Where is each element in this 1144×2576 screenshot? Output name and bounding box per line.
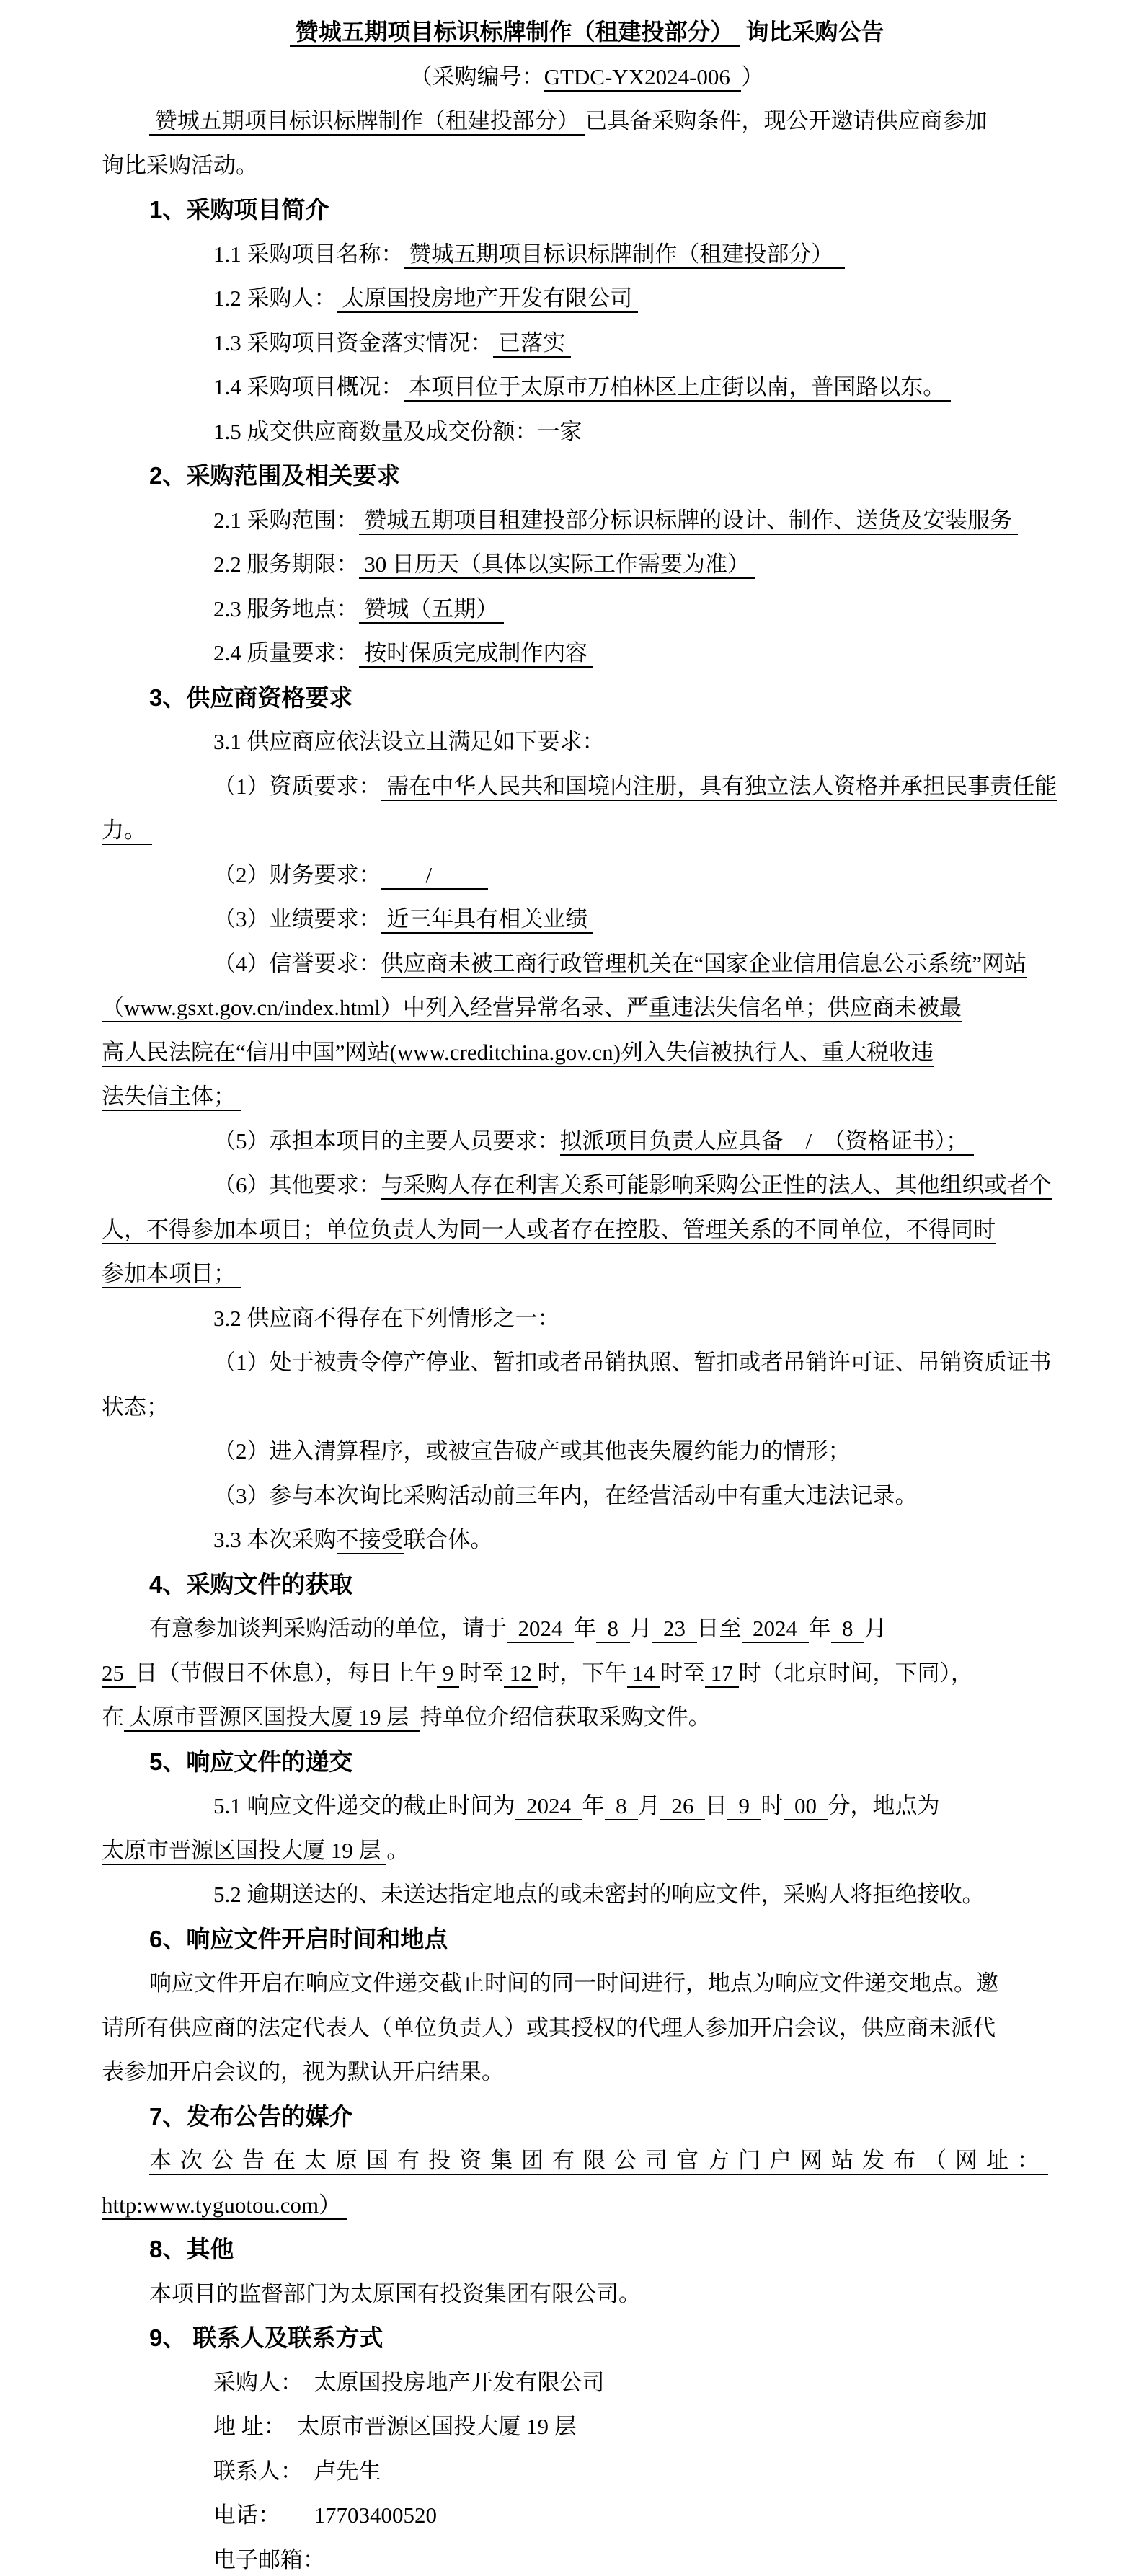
underlined-text-segment: 8 — [596, 1616, 630, 1643]
text-line: 1.1 采购项目名称： 赞城五期项目标识标牌制作（租建投部分） — [102, 232, 1072, 277]
underlined-text-segment: 已落实 — [493, 330, 572, 358]
text-segment: 3、供应商资格要求 — [149, 684, 352, 711]
section-heading: 9、 联系人及联系方式 — [102, 2316, 1072, 2360]
text-segment: 6、响应文件开启时间和地点 — [149, 1926, 448, 1952]
text-line: 本次公告在太原国有投资集团有限公司官方门户网站发布（网址： — [102, 2138, 1072, 2183]
underlined-text-segment: 25 — [102, 1660, 136, 1688]
underlined-text-segment: 高人民法院在“信用中国”网站(www.creditchina.gov.cn)列入… — [102, 1040, 934, 1067]
text-segment: 询比采购活动。 — [102, 153, 258, 178]
text-line: （1）资质要求： 需在中华人民共和国境内注册，具有独立法人资格并承担民事责任能 — [102, 764, 1072, 809]
text-line: 在 太原市晋源区国投大厦 19 层 持单位介绍信获取采购文件。 — [102, 1695, 1072, 1740]
underlined-text-segment: 12 — [504, 1660, 538, 1688]
text-segment: 响应文件开启在响应文件递交截止时间的同一时间进行，地点为响应文件递交地点。邀 — [149, 1970, 998, 1996]
text-segment: 3.3 本次采购 — [213, 1527, 337, 1552]
text-segment: 已具备采购条件，现公开邀请供应商参加 — [585, 108, 988, 133]
underlined-text-segment: 供应商未被工商行政管理机关在“国家企业信用信息公示系统”网站 — [381, 951, 1027, 978]
text-line: 表参加开启会议的，视为默认开启结果。 — [102, 2050, 1072, 2094]
underlined-text-segment: 17 — [705, 1660, 739, 1688]
text-segment: （3）参与本次询比采购活动前三年内，在经营活动中有重大违法记录。 — [213, 1483, 918, 1508]
underlined-text-segment: 14 — [627, 1660, 661, 1688]
section-heading: 1、采购项目简介 — [102, 187, 1072, 232]
section-heading: 8、其他 — [102, 2227, 1072, 2272]
underlined-text-segment: 8 — [831, 1616, 865, 1643]
text-segment: 时（北京时间，下同）， — [739, 1660, 974, 1686]
underlined-text-segment: 本次公告在太原国有投资集团有限公司官方门户网站发布（网址： — [149, 2148, 1048, 2175]
text-line: 联系人： 卢先生 — [102, 2449, 1072, 2494]
text-segment: 年 — [582, 1793, 605, 1818]
text-segment: 询比采购公告 — [740, 19, 884, 45]
underlined-text-segment: 太原国投房地产开发有限公司 — [337, 286, 639, 313]
text-segment: 时至 — [459, 1660, 504, 1686]
text-line: 3.3 本次采购不接受联合体。 — [102, 1518, 1072, 1562]
text-segment: 1、采购项目简介 — [149, 196, 329, 223]
text-segment: （采购编号： — [410, 64, 544, 89]
text-segment: 4、采购文件的获取 — [149, 1571, 352, 1598]
text-line: 电子邮箱： — [102, 2538, 1072, 2576]
text-line: 地 址： 太原市晋源区国投大厦 19 层 — [102, 2404, 1072, 2449]
text-line: （4）信誉要求：供应商未被工商行政管理机关在“国家企业信用信息公示系统”网站 — [102, 942, 1072, 986]
section-heading: 7、发布公告的媒介 — [102, 2094, 1072, 2139]
underlined-text-segment: 赞城五期项目租建投部分标识标牌的设计、制作、送货及安装服务 — [359, 508, 1019, 535]
text-line: （6）其他要求：与采购人存在利害关系可能影响采购公正性的法人、其他组织或者个 — [102, 1163, 1072, 1208]
underlined-text-segment: 赞城五期项目标识标牌制作（租建投部分） — [404, 242, 845, 269]
text-line: 询比采购活动。 — [102, 143, 1072, 188]
underlined-text-segment: 按时保质完成制作内容 — [359, 640, 594, 668]
text-line: （3）业绩要求： 近三年具有相关业绩 — [102, 897, 1072, 942]
text-segment: 在 — [102, 1704, 124, 1730]
text-segment: 日 — [705, 1793, 727, 1818]
underlined-text-segment: 与采购人存在利害关系可能影响采购公正性的法人、其他组织或者个 — [381, 1172, 1052, 1200]
text-segment: （2）进入清算程序，或被宣告破产或其他丧失履约能力的情形； — [213, 1438, 851, 1464]
text-line: http:www.tyguotou.com） — [102, 2183, 1072, 2228]
underlined-text-segment: 26 — [660, 1793, 705, 1820]
text-segment: （1）资质要求： — [213, 774, 381, 799]
underlined-text-segment: 参加本项目； — [102, 1261, 241, 1288]
text-line: 2.4 质量要求： 按时保质完成制作内容 — [102, 631, 1072, 676]
text-segment: 分，地点为 — [828, 1793, 940, 1818]
text-segment: 时，下午 — [538, 1660, 627, 1686]
section-heading: 2、采购范围及相关要求 — [102, 453, 1072, 498]
text-segment: 。 — [386, 1838, 409, 1863]
section-heading: 6、响应文件开启时间和地点 — [102, 1917, 1072, 1962]
text-segment: 5.1 响应文件递交的截止时间为 — [213, 1793, 515, 1818]
underlined-text-segment: http:www.tyguotou.com） — [102, 2192, 347, 2220]
underlined-text-segment: 不接受 — [337, 1527, 404, 1554]
text-line: （3）参与本次询比采购活动前三年内，在经营活动中有重大违法记录。 — [102, 1474, 1072, 1518]
text-line: 响应文件开启在响应文件递交截止时间的同一时间进行，地点为响应文件递交地点。邀 — [102, 1961, 1072, 2006]
underlined-text-segment: 太原市晋源区国投大厦 19 层 — [124, 1704, 420, 1732]
underlined-text-segment: 赞城五期项目标识标牌制作（租建投部分） — [290, 19, 740, 47]
text-line: 有意参加谈判采购活动的单位，请于 2024 年 8 月 23 日至 2024 年… — [102, 1606, 1072, 1651]
text-segment: 本项目的监督部门为太原国有投资集团有限公司。 — [149, 2281, 641, 2306]
text-line: 状态； — [102, 1385, 1072, 1430]
text-segment: 5.2 逾期送达的、未送达指定地点的或未密封的响应文件，采购人将拒绝接收。 — [213, 1882, 985, 1907]
text-segment: 1.2 采购人： — [213, 286, 337, 311]
underlined-text-segment: 拟派项目负责人应具备 / （资格证书）； — [560, 1128, 974, 1156]
text-segment: 持单位介绍信获取采购文件。 — [420, 1704, 711, 1730]
text-segment: 状态； — [102, 1394, 169, 1420]
underlined-text-segment: 赞城五期项目标识标牌制作（租建投部分） — [149, 108, 585, 136]
text-line: 3.2 供应商不得存在下列情形之一： — [102, 1296, 1072, 1341]
underlined-text-segment: 太原市晋源区国投大厦 19 层 — [102, 1838, 386, 1865]
text-line: （5）承担本项目的主要人员要求：拟派项目负责人应具备 / （资格证书）； — [102, 1119, 1072, 1164]
underlined-text-segment: 23 — [652, 1616, 697, 1643]
text-segment: 7、发布公告的媒介 — [149, 2103, 352, 2130]
text-line: 1.3 采购项目资金落实情况： 已落实 — [102, 321, 1072, 366]
text-line: 高人民法院在“信用中国”网站(www.creditchina.gov.cn)列入… — [102, 1030, 1072, 1075]
text-segment: 9、 联系人及联系方式 — [149, 2324, 383, 2351]
text-segment: 8、其他 — [149, 2236, 234, 2262]
document-page: 赞城五期项目标识标牌制作（租建投部分） 询比采购公告（采购编号：GTDC-YX2… — [0, 0, 1144, 2576]
underlined-text-segment: 人，不得参加本项目；单位负责人为同一人或者存在控股、管理关系的不同单位，不得同时 — [102, 1217, 996, 1244]
text-segment: 请所有供应商的法定代表人（单位负责人）或其授权的代理人参加开启会议，供应商未派代 — [102, 2015, 996, 2040]
text-line: 本项目的监督部门为太原国有投资集团有限公司。 — [102, 2272, 1072, 2316]
text-line: 2.1 采购范围： 赞城五期项目租建投部分标识标牌的设计、制作、送货及安装服务 — [102, 498, 1072, 543]
text-segment: 2.3 服务地点： — [213, 596, 359, 621]
text-segment: （5）承担本项目的主要人员要求： — [213, 1128, 560, 1154]
underlined-text-segment: 9 — [727, 1793, 761, 1820]
text-segment: 1.1 采购项目名称： — [213, 242, 404, 267]
text-segment: 2.2 服务期限： — [213, 552, 359, 577]
text-segment: （1）处于被责令停产停业、暂扣或者吊销执照、暂扣或者吊销许可证、吊销资质证书 — [213, 1350, 1052, 1375]
underlined-text-segment: 力。 — [102, 818, 152, 845]
text-segment: 地 址： 太原市晋源区国投大厦 19 层 — [213, 2414, 577, 2439]
text-segment: 2.1 采购范围： — [213, 508, 359, 533]
document-subtitle: （采购编号：GTDC-YX2024-006 ） — [102, 55, 1072, 99]
underlined-text-segment: 2024 — [507, 1616, 574, 1643]
text-segment: （3）业绩要求： — [213, 906, 381, 931]
underlined-text-segment: 2024 — [742, 1616, 809, 1643]
text-segment: 1.3 采购项目资金落实情况： — [213, 330, 493, 355]
text-line: （2）进入清算程序，或被宣告破产或其他丧失履约能力的情形； — [102, 1429, 1072, 1474]
underlined-text-segment: 需在中华人民共和国境内注册，具有独立法人资格并承担民事责任能 — [381, 774, 1057, 801]
underlined-text-segment: 00 — [784, 1793, 828, 1820]
text-line: 3.1 供应商应依法设立且满足如下要求： — [102, 720, 1072, 764]
underlined-text-segment: 本项目位于太原市万柏林区上庄街以南，普国路以东。 — [404, 374, 952, 402]
text-segment: （2）财务要求： — [213, 862, 381, 888]
text-segment: （6）其他要求： — [213, 1172, 381, 1198]
text-line: 力。 — [102, 808, 1072, 853]
text-segment: 表参加开启会议的，视为默认开启结果。 — [102, 2059, 504, 2084]
text-segment: 3.2 供应商不得存在下列情形之一： — [213, 1306, 560, 1331]
text-segment: ） — [741, 64, 763, 89]
text-line: 5.2 逾期送达的、未送达指定地点的或未密封的响应文件，采购人将拒绝接收。 — [102, 1872, 1072, 1917]
text-segment: 时 — [761, 1793, 784, 1818]
text-segment: 5、响应文件的递交 — [149, 1748, 352, 1775]
underlined-text-segment: 9 — [437, 1660, 459, 1688]
text-segment: 电子邮箱： — [213, 2547, 325, 2572]
section-heading: 5、响应文件的递交 — [102, 1740, 1072, 1784]
text-segment: 日至 — [697, 1616, 742, 1641]
text-line: 参加本项目； — [102, 1252, 1072, 1296]
text-segment: 有意参加谈判采购活动的单位，请于 — [149, 1616, 507, 1641]
text-line: 2.2 服务期限： 30 日历天（具体以实际工作需要为准） — [102, 542, 1072, 587]
text-line: 1.5 成交供应商数量及成交份额：一家 — [102, 410, 1072, 454]
text-line: 2.3 服务地点： 赞城（五期） — [102, 587, 1072, 632]
text-line: 采购人： 太原国投房地产开发有限公司 — [102, 2360, 1072, 2405]
underlined-text-segment: 8 — [605, 1793, 639, 1820]
text-segment: 月 — [864, 1616, 887, 1641]
text-line: 请所有供应商的法定代表人（单位负责人）或其授权的代理人参加开启会议，供应商未派代 — [102, 2006, 1072, 2050]
text-line: 太原市晋源区国投大厦 19 层 。 — [102, 1828, 1072, 1873]
text-line: （www.gsxt.gov.cn/index.html）中列入经营异常名录、严重… — [102, 986, 1072, 1030]
text-segment: 1.4 采购项目概况： — [213, 374, 404, 399]
underlined-text-segment: 赞城（五期） — [359, 596, 505, 624]
text-segment: 月 — [630, 1616, 652, 1641]
section-heading: 4、采购文件的获取 — [102, 1562, 1072, 1607]
text-segment: 月 — [638, 1793, 660, 1818]
text-line: 法失信主体； — [102, 1074, 1072, 1119]
document-title: 赞城五期项目标识标牌制作（租建投部分） 询比采购公告 — [102, 10, 1072, 55]
text-segment: 联合体。 — [404, 1527, 493, 1552]
underlined-text-segment: （www.gsxt.gov.cn/index.html）中列入经营异常名录、严重… — [102, 995, 962, 1022]
text-line: （2）财务要求： / — [102, 853, 1072, 898]
text-segment: 时至 — [660, 1660, 705, 1686]
text-segment: 联系人： 卢先生 — [213, 2458, 381, 2484]
section-heading: 3、供应商资格要求 — [102, 676, 1072, 720]
text-line: 人，不得参加本项目；单位负责人为同一人或者存在控股、管理关系的不同单位，不得同时 — [102, 1208, 1072, 1252]
underlined-text-segment: 30 日历天（具体以实际工作需要为准） — [359, 552, 755, 579]
text-line: 1.4 采购项目概况： 本项目位于太原市万柏林区上庄街以南，普国路以东。 — [102, 365, 1072, 410]
text-segment: （4）信誉要求： — [213, 951, 381, 976]
text-segment: 3.1 供应商应依法设立且满足如下要求： — [213, 729, 605, 754]
text-line: 25 日（节假日不休息），每日上午 9 时至 12 时，下午 14 时至 17 … — [102, 1651, 1072, 1696]
text-line: 1.2 采购人： 太原国投房地产开发有限公司 — [102, 276, 1072, 321]
text-segment: 2.4 质量要求： — [213, 640, 359, 665]
text-segment: 采购人： 太原国投房地产开发有限公司 — [213, 2370, 605, 2395]
text-segment: 年 — [574, 1616, 596, 1641]
underlined-text-segment: 法失信主体； — [102, 1084, 241, 1111]
underlined-text-segment: 2024 — [515, 1793, 582, 1820]
text-segment: 1.5 成交供应商数量及成交份额：一家 — [213, 419, 582, 444]
underlined-text-segment: 近三年具有相关业绩 — [381, 906, 594, 934]
underlined-text-segment: GTDC-YX2024-006 — [544, 64, 742, 92]
text-segment: 年 — [809, 1616, 831, 1641]
text-line: （1）处于被责令停产停业、暂扣或者吊销执照、暂扣或者吊销许可证、吊销资质证书 — [102, 1340, 1072, 1385]
text-line: 赞城五期项目标识标牌制作（租建投部分） 已具备采购条件，现公开邀请供应商参加 — [102, 99, 1072, 143]
text-segment: 日（节假日不休息），每日上午 — [136, 1660, 438, 1686]
text-line: 电话： 17703400520 — [102, 2493, 1072, 2538]
underlined-text-segment: / — [381, 862, 488, 890]
text-segment: 电话： 17703400520 — [213, 2502, 437, 2528]
text-line: 5.1 响应文件递交的截止时间为 2024 年 8 月 26 日 9 时 00 … — [102, 1784, 1072, 1828]
text-segment: 2、采购范围及相关要求 — [149, 462, 400, 489]
